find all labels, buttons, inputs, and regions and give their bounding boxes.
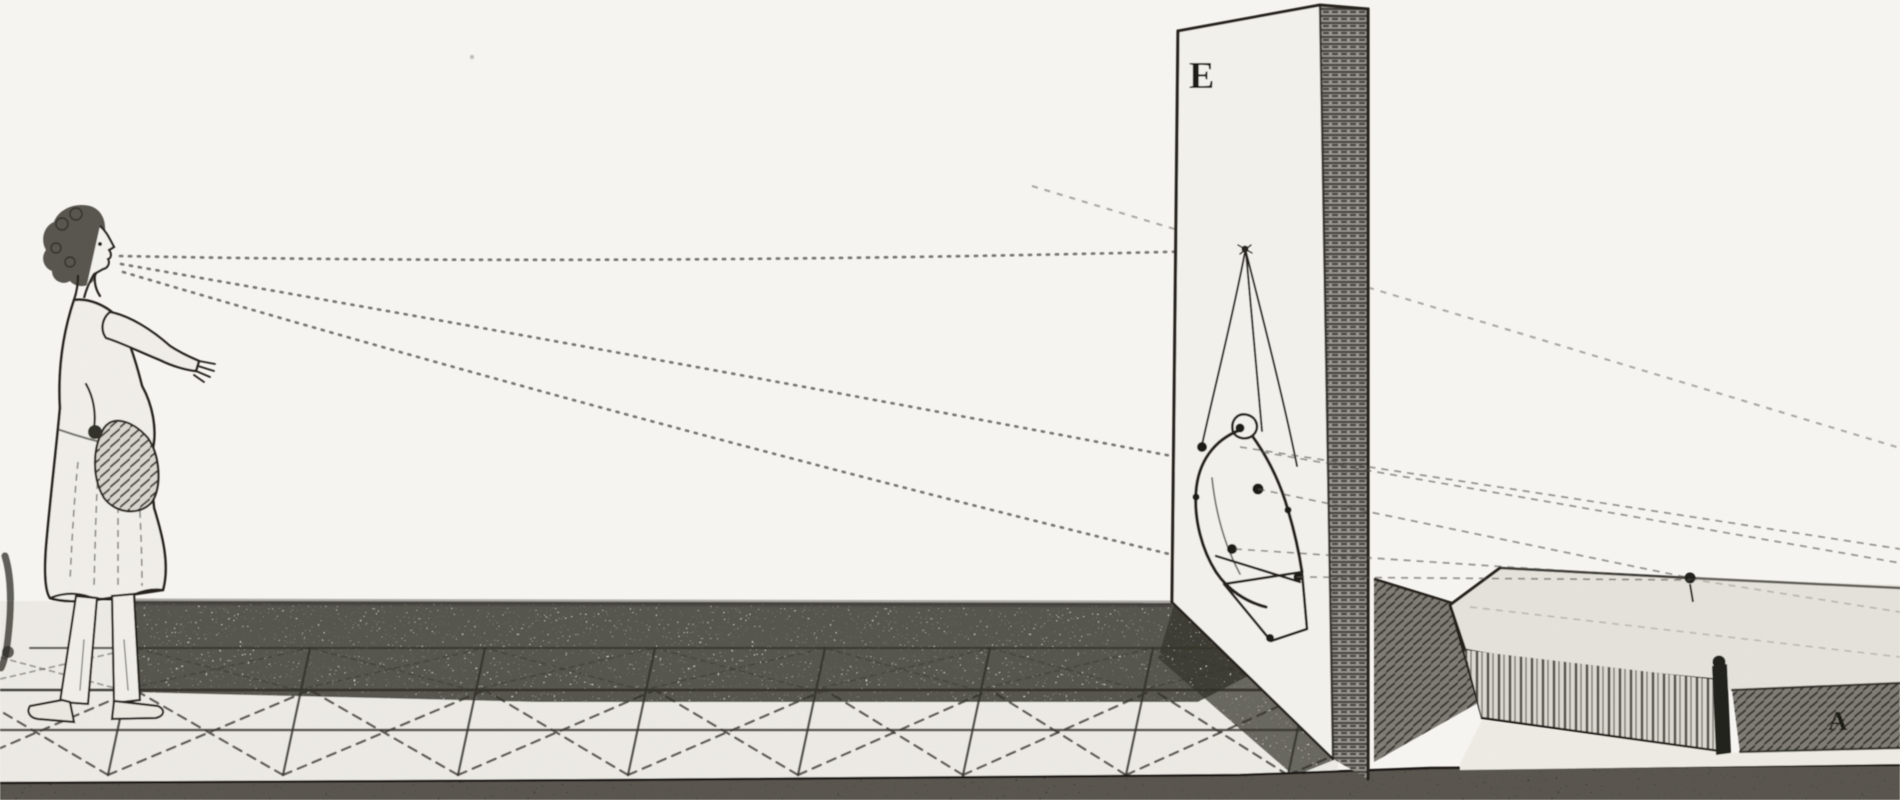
paper-grain-overlay [0,0,1900,800]
engraving-perspective-plate: E [0,0,1900,800]
engraving-canvas: E [0,0,1900,800]
